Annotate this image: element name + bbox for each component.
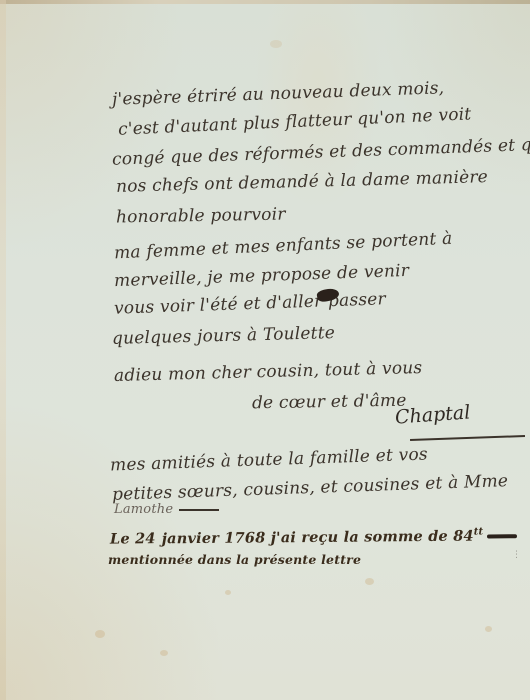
paper-stain xyxy=(160,650,168,656)
margin-stamp: ⋮ xyxy=(512,550,521,560)
letter-line: congé que des réformés et des commandés … xyxy=(112,134,530,169)
receipt-line: Le 24janvier 1768 j'ai reçu la somme de … xyxy=(110,526,518,547)
letter-page: j'espère étriré au nouveau deux mois, c'… xyxy=(0,0,530,700)
letter-line: nos chefs ont demandé à la dame manière xyxy=(116,167,488,197)
postscript-line: petites sœurs, cousins, et cousines et à… xyxy=(112,471,509,505)
letter-closing: de cœur et d'âme xyxy=(252,391,407,414)
letter-line: honorable pourvoir xyxy=(116,205,286,228)
signature: Chaptal xyxy=(394,401,471,428)
paper-stain xyxy=(95,630,105,638)
letter-line: ma femme et mes enfants se portent à xyxy=(114,229,453,264)
letter-text: vous voir l'été et d'aller passer xyxy=(114,289,386,318)
receipt-date-prefix: Le 24 xyxy=(110,530,156,547)
paper-stain xyxy=(485,626,492,632)
paper-stain xyxy=(270,40,282,48)
letter-line: quelques jours à Toulette xyxy=(112,323,335,349)
signature-flourish xyxy=(410,435,525,441)
paper-stain xyxy=(225,590,231,595)
receipt-text: janvier 1768 j'ai reçu la somme de 84 xyxy=(162,527,474,547)
letter-line: adieu mon cher cousin, tout à vous xyxy=(114,358,423,386)
livres-mark: tt xyxy=(474,527,484,538)
receipt-dash xyxy=(487,534,517,538)
letter-line: j'espère étriré au nouveau deux mois, xyxy=(112,78,445,110)
letter-line: vous voir l'été et d'aller passer xyxy=(114,289,386,318)
paper-stain xyxy=(365,578,374,585)
letter-line: merveille, je me propose de venir xyxy=(114,261,410,291)
letter-line: c'est d'autant plus flatteur qu'on ne vo… xyxy=(118,104,472,139)
closing-dash xyxy=(179,509,219,511)
receipt-line: mentionnée dans la présente lettre xyxy=(108,552,361,567)
postscript-text: Lamothe xyxy=(114,502,173,517)
postscript-line: mes amitiés à toute la famille et vos xyxy=(110,444,428,475)
postscript-line: Lamothe xyxy=(114,502,219,517)
